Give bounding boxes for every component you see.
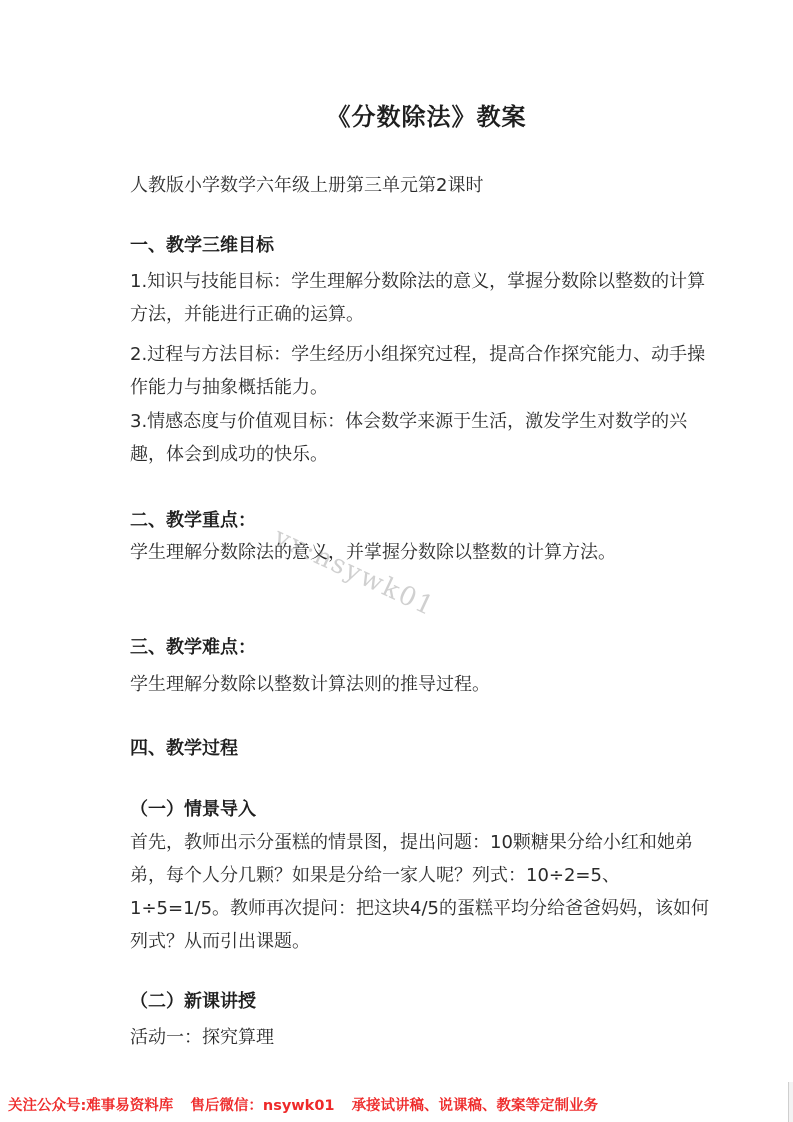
section-heading-objectives: 一、教学三维目标 [130, 231, 274, 257]
footer-services: 承接试讲稿、说课稿、教案等定制业务 [352, 1098, 599, 1114]
document-page: 《分数除法》教案 人教版小学数学六年级上册第三单元第2课时 一、教学三维目标 1… [0, 0, 793, 1122]
subsection-heading-intro: （一）情景导入 [130, 795, 256, 821]
page-edge-divider [788, 1082, 793, 1122]
objective-process: 2.过程与方法目标：学生经历小组探究过程，提高合作探究能力、动手操作能力与抽象概… [130, 338, 715, 404]
document-title: 《分数除法》教案 [0, 97, 793, 132]
footer-support-wechat: 售后微信：nsywk01 [190, 1098, 334, 1114]
objective-emotion: 3.情感态度与价值观目标：体会数学来源于生活，激发学生对数学的兴趣，体会到成功的… [130, 405, 715, 471]
section-heading-process: 四、教学过程 [130, 734, 238, 760]
subsection-heading-new-lesson: （二）新课讲授 [130, 987, 256, 1013]
key-points-text: 学生理解分数除法的意义，并掌握分数除以整数的计算方法。 [130, 536, 715, 569]
section-heading-difficulties: 三、教学难点： [130, 633, 256, 659]
intro-text: 首先，教师出示分蛋糕的情景图，提出问题：10颗糖果分给小红和她弟弟，每个人分几颗… [130, 826, 715, 958]
activity-one-text: 活动一：探究算理 [130, 1021, 715, 1054]
document-subtitle: 人教版小学数学六年级上册第三单元第2课时 [130, 171, 483, 197]
section-heading-key-points: 二、教学重点： [130, 506, 256, 532]
difficulties-text: 学生理解分数除以整数计算法则的推导过程。 [130, 668, 715, 701]
footer-wechat-account: 关注公众号:难事易资料库 [8, 1098, 173, 1114]
footer-banner: 关注公众号:难事易资料库 售后微信：nsywk01 承接试讲稿、说课稿、教案等定… [0, 1094, 793, 1122]
objective-knowledge: 1.知识与技能目标：学生理解分数除法的意义，掌握分数除以整数的计算方法，并能进行… [130, 265, 715, 331]
